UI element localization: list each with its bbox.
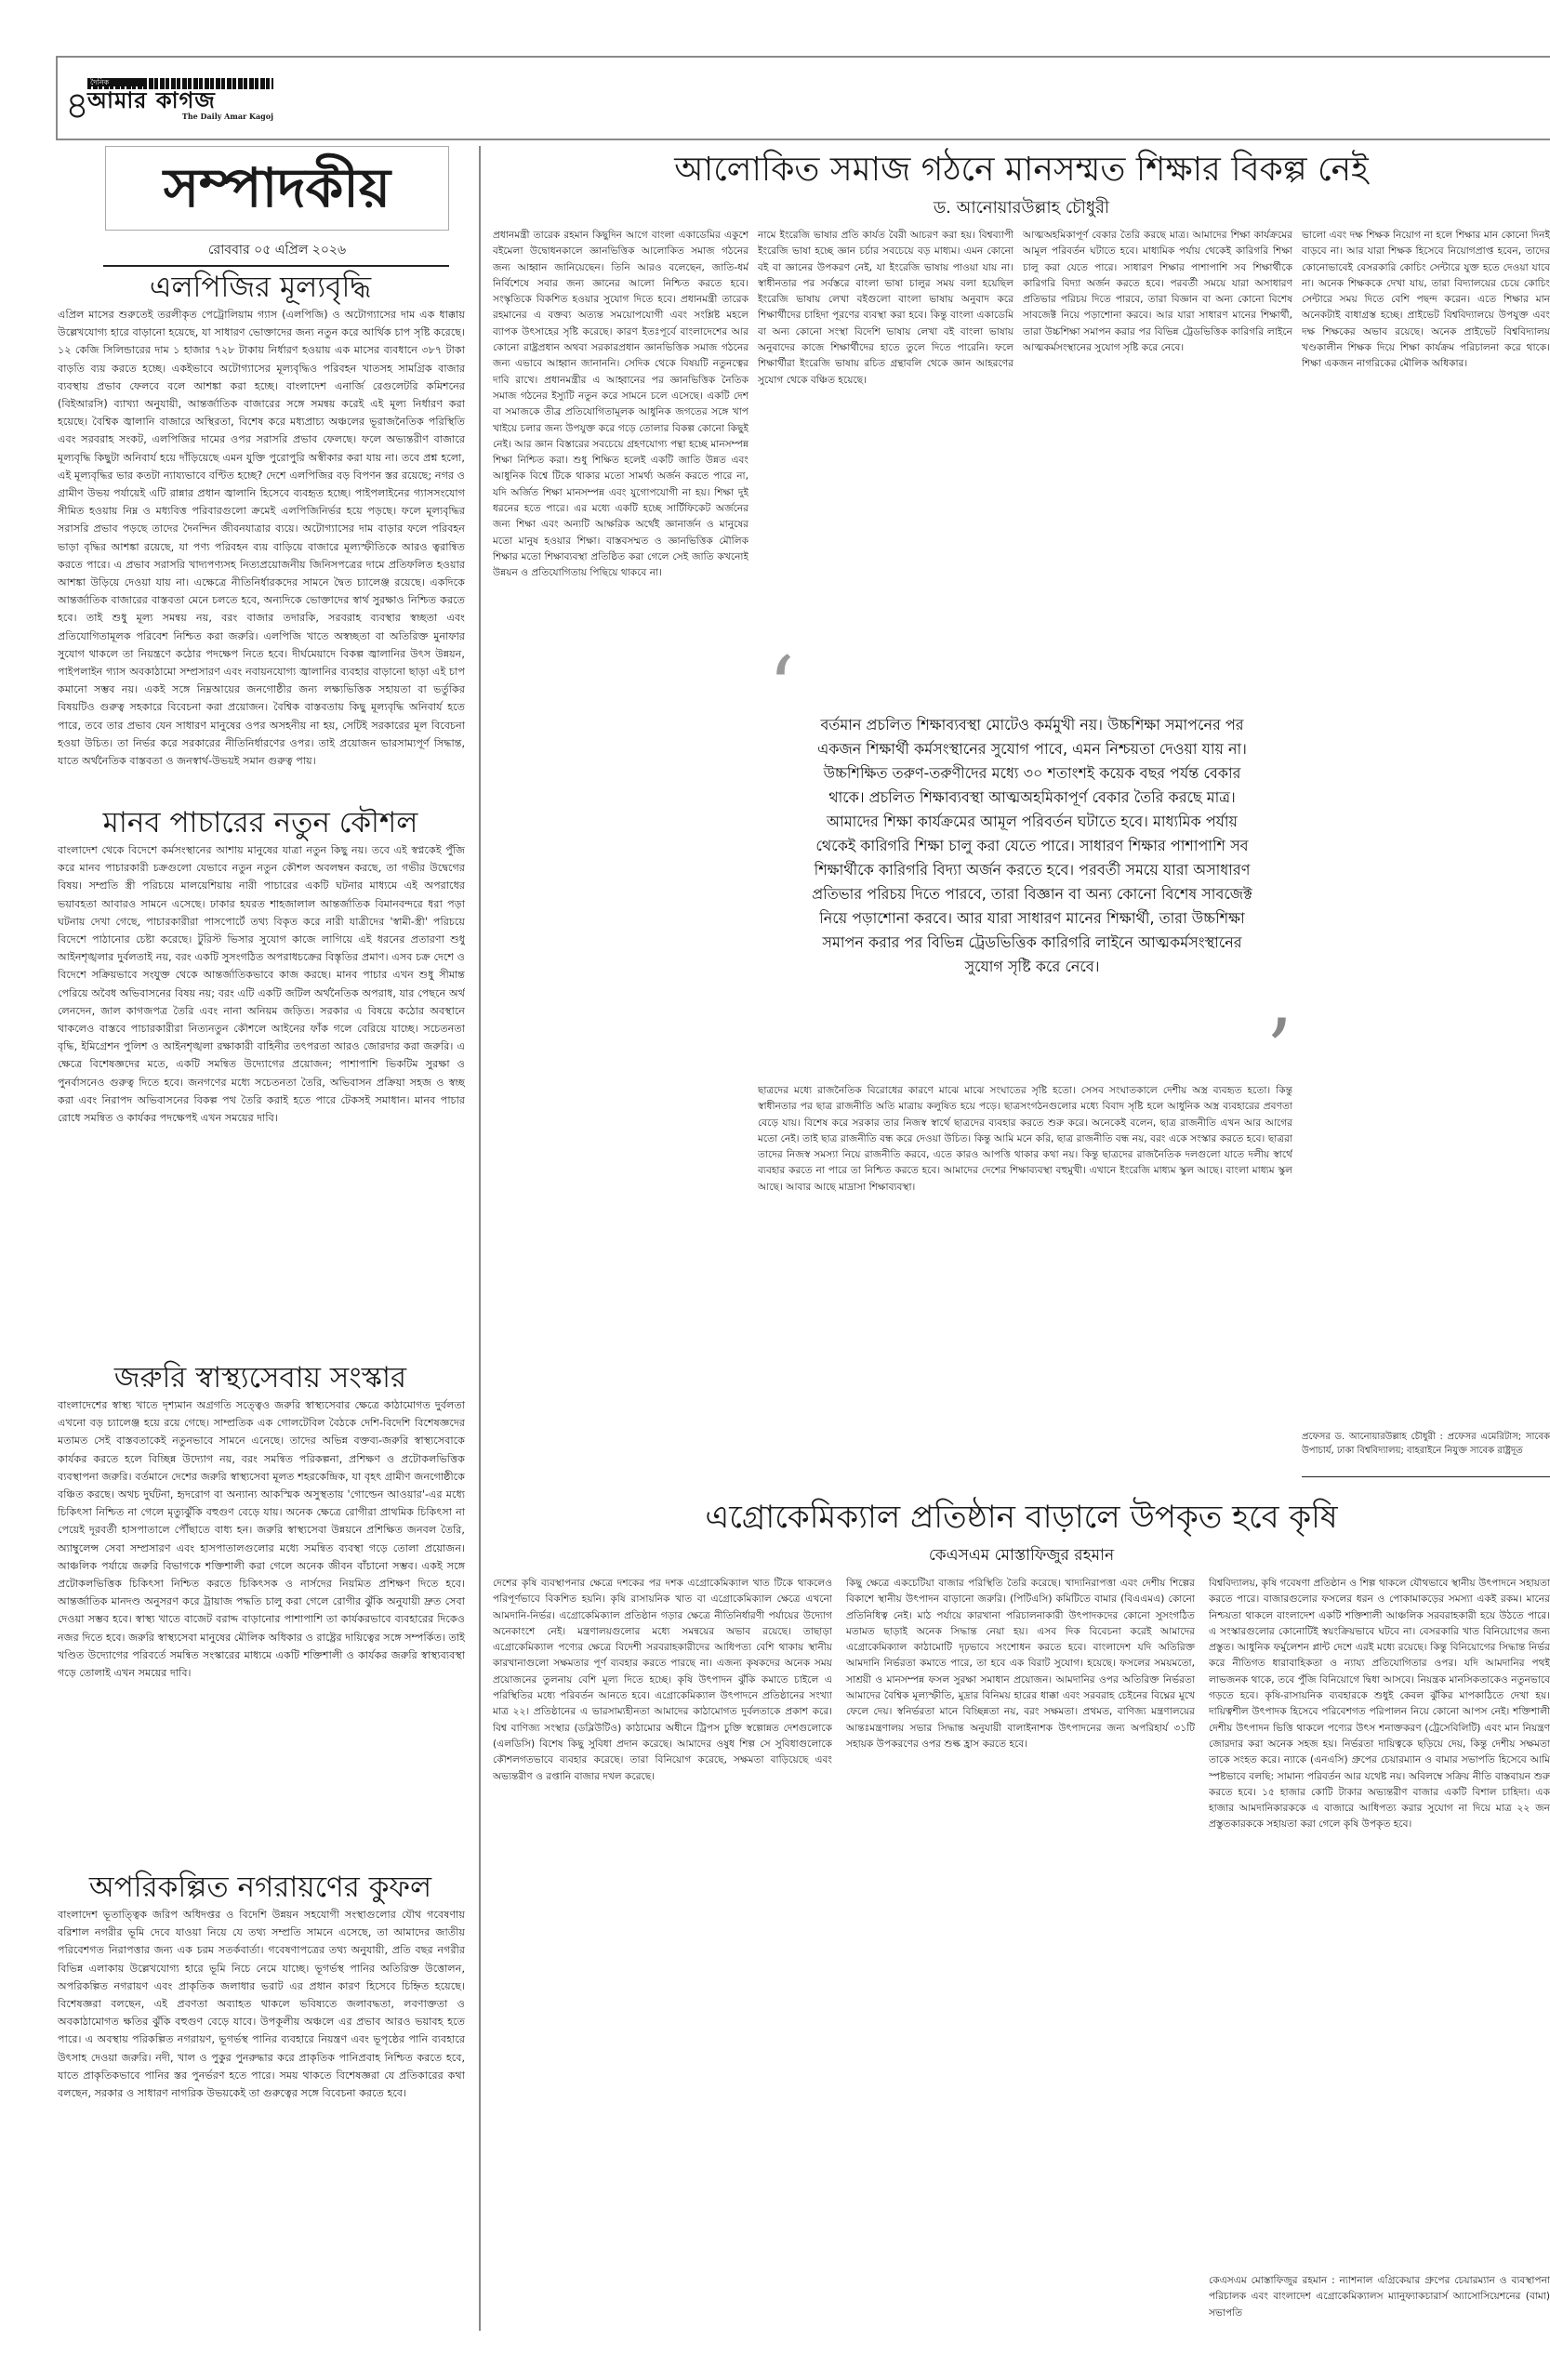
editorial-headline: এলপিজির মূল্যবৃদ্ধি — [56, 269, 465, 306]
editorial-headline: অপরিকল্পিত নগরায়ণের কুফল — [56, 1869, 465, 1906]
logo-english: The Daily Amar Kagoj — [182, 112, 273, 121]
close-quote-icon: ’ — [1265, 1009, 1292, 1092]
feature-column-2: নামে ইংরেজি ভাষার প্রতি কার্যত বৈরী আচরণ… — [758, 228, 1013, 646]
editorial-body: বাংলাদেশের স্বাস্থ্য খাতে দৃশ্যমান অগ্রগ… — [56, 1396, 465, 1682]
editorial-article: অপরিকল্পিত নগরায়ণের কুফল বাংলাদেশ ভূতাত… — [56, 1869, 465, 2361]
feature2-author-bio: কেএসএম মোস্তাফিজুর রহমান : ন্যাশনাল এগ্র… — [1209, 2273, 1550, 2324]
editorial-body: এপ্রিল মাসের শুরুতেই তরলীকৃত পেট্রোলিয়া… — [56, 306, 465, 770]
editorial-article: এলপিজির মূল্যবৃদ্ধি এপ্রিল মাসের শুরুতেই… — [56, 269, 465, 803]
author-bio: প্রফেসর ড. আনোয়ারউল্লাহ চৌধুরী : প্রফেস… — [1302, 1430, 1550, 1472]
editorial-section-title: সম্পাদকীয় — [105, 146, 449, 231]
pull-quote: ‘ বর্তমান প্রচলিত শিক্ষাব্যবস্থা মোটেও ক… — [790, 646, 1274, 1083]
feature-byline: ড. আনোয়ারউল্লাহ চৌধুরী — [493, 195, 1550, 221]
feature-headline: আলোকিত সমাজ গঠনে মানসম্মত শিক্ষার বিকল্প… — [493, 146, 1550, 194]
page-number: ৪ — [65, 76, 89, 139]
feature2-byline: কেএসএম মোস্তাফিজুর রহমান — [493, 1543, 1550, 1567]
divider — [1302, 1476, 1550, 1477]
feature-column-3: আত্মঅহমিকাপূর্ণ বেকার তৈরি করছে মাত্র। আ… — [1023, 228, 1292, 646]
feature2-column-3: বিশ্ববিদ্যালয়, কৃষি গবেষণা প্রতিষ্ঠান ও… — [1209, 1576, 1550, 2268]
column-divider — [479, 146, 481, 2331]
feature2-headline: এগ্রোকেমিক্যাল প্রতিষ্ঠান বাড়ালে উপকৃত … — [493, 1495, 1550, 1540]
editorial-body: বাংলাদেশ থেকে বিদেশে কর্মসংস্থানের আশায়… — [56, 841, 465, 1127]
open-quote-icon: ‘ — [768, 646, 795, 730]
newspaper-logo: দৈনিক আমার কাগজ The Daily Amar Kagoj — [87, 78, 273, 121]
divider — [103, 265, 449, 267]
feature-column-continued: ছাত্রদের মধ্যে রাজনৈতিক বিরোধের কারণে মা… — [758, 1083, 1292, 1427]
editorial-body: বাংলাদেশ ভূতাত্ত্বিক জরিপ অধিদপ্তর ও বিদ… — [56, 1906, 465, 2102]
masthead: ৪ দৈনিক আমার কাগজ The Daily Amar Kagoj — [56, 56, 1550, 140]
editorial-article: মানব পাচারের নতুন কৌশল বাংলাদেশ থেকে বিদ… — [56, 804, 465, 1357]
feature-column-1: প্রধানমন্ত্রী তারেক রহমান কিছুদিন আগে বা… — [493, 228, 749, 1427]
feature2-column-1: দেশের কৃষি ব্যবস্থাপনার ক্ষেত্রে দশকের প… — [493, 1576, 832, 2310]
newspaper-page: ৪ দৈনিক আমার কাগজ The Daily Amar Kagoj স… — [56, 56, 1550, 2380]
editorial-article: জরুরি স্বাস্থ্যসেবায় সংস্কার বাংলাদেশের… — [56, 1359, 465, 1866]
logo-tag: দৈনিক — [87, 78, 145, 86]
feature-column-4: ভালো এবং দক্ষ শিক্ষক নিয়োগ না হলে শিক্ষ… — [1302, 228, 1550, 1427]
editorial-headline: জরুরি স্বাস্থ্যসেবায় সংস্কার — [56, 1359, 465, 1396]
edition-date: রোববার ০৫ এপ্রিল ২০২৬ — [105, 239, 449, 261]
editorial-headline: মানব পাচারের নতুন কৌশল — [56, 804, 465, 841]
pull-quote-text: বর্তমান প্রচলিত শিক্ষাব্যবস্থা মোটেও কর্… — [809, 713, 1255, 979]
logo-name: আমার কাগজ — [87, 89, 216, 112]
feature2-column-2: কিছু ক্ষেত্রে একচেটিয়া বাজার পরিস্থিতি … — [846, 1576, 1195, 2310]
